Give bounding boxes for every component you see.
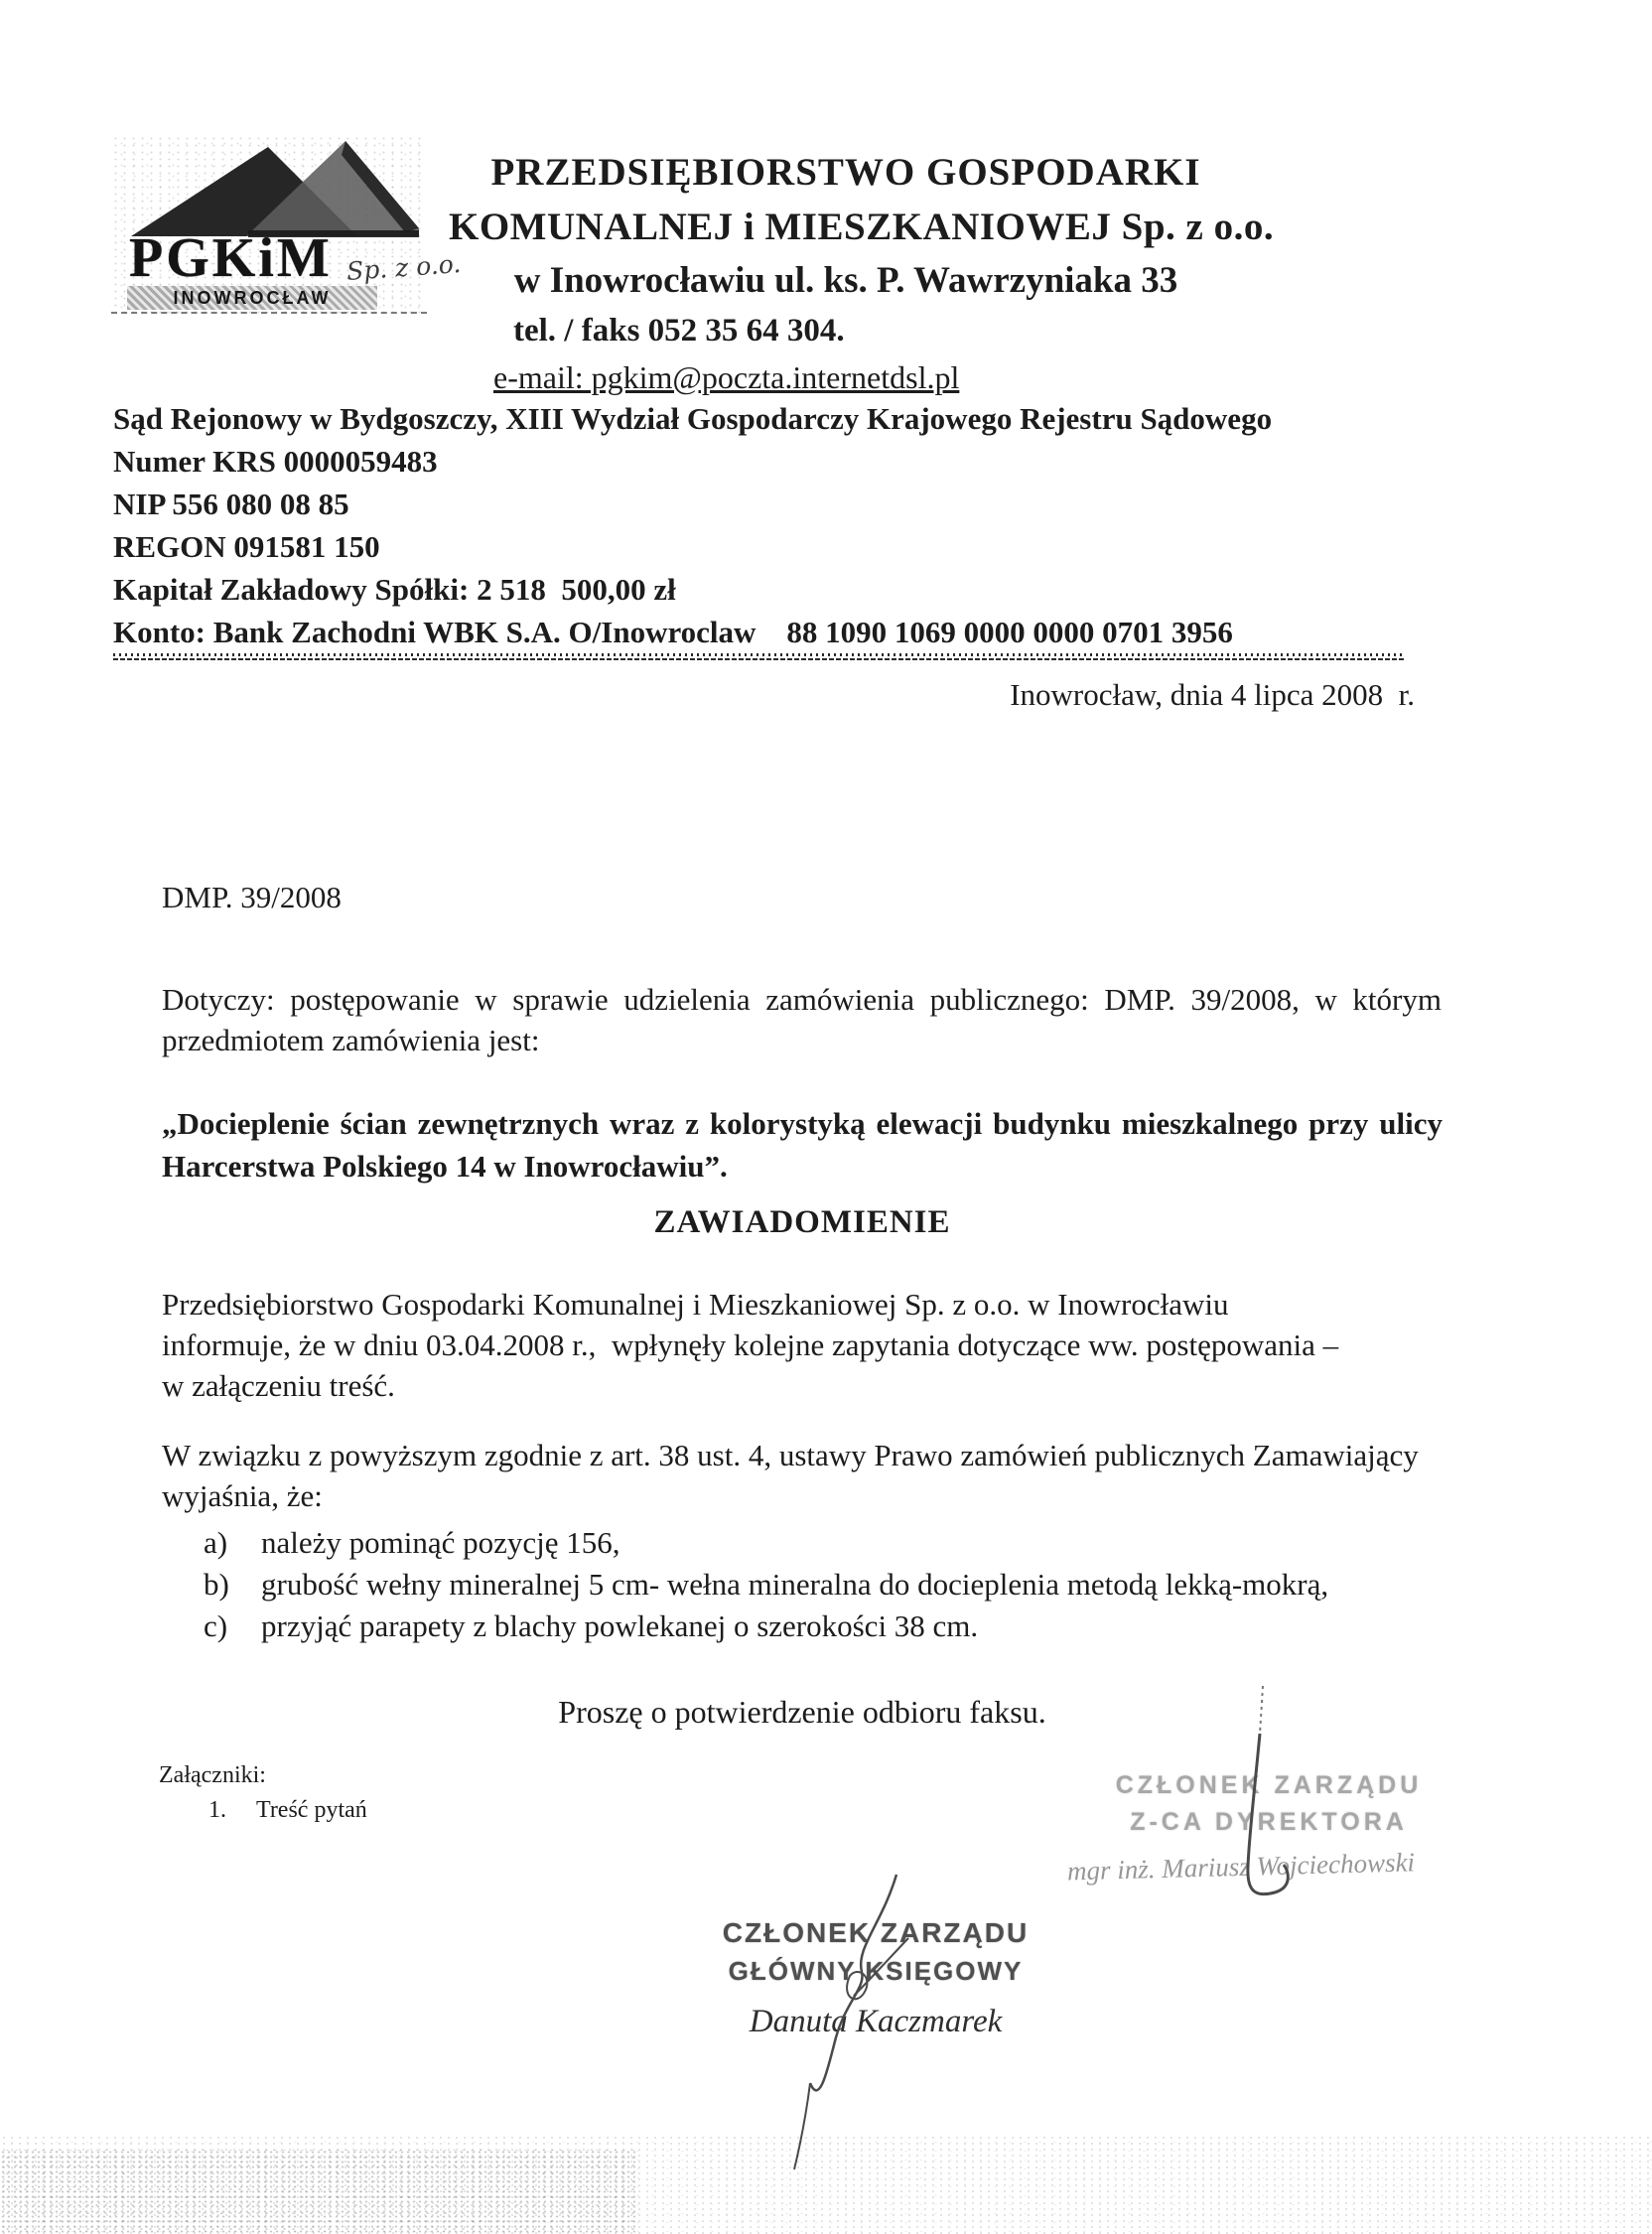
stamp-right-line1: CZŁONEK ZARZĄDU [1100, 1767, 1438, 1804]
notice-heading: ZAWIADOMIENIE [162, 1204, 1443, 1241]
stamp-left-line1: CZŁONEK ZARZĄDU [707, 1914, 1044, 1952]
logo-mountains-icon [119, 139, 419, 238]
place-and-date: Inowrocław, dnia 4 lipca 2008 r. [417, 677, 1415, 713]
list-item-a: a) należy pominąć pozycję 156, [204, 1522, 1474, 1564]
attachments-label: Załączniki: [159, 1759, 367, 1791]
company-email: e-mail: pgkim@poczta.internetdsl.pl [449, 354, 1243, 400]
list-marker-b: b) [204, 1564, 261, 1606]
logo-city-band: INOWROCŁAW [127, 286, 377, 310]
scan-noise-band-left [0, 2150, 635, 2234]
body-paragraph-2: W związku z powyższym zgodnie z art. 38 … [162, 1435, 1452, 1516]
company-registry-info: Sąd Rejonowy w Bydgoszczy, XIII Wydział … [113, 397, 1473, 653]
list-item-b: b) grubość wełny mineralnej 5 cm- wełna … [204, 1564, 1474, 1606]
attachment-item: 1.Treść pytań [159, 1794, 367, 1826]
reference-number: DMP. 39/2008 [162, 880, 342, 915]
stamp-chief-accountant: CZŁONEK ZARZĄDU GŁÓWNY KSIĘGOWY [707, 1914, 1044, 1990]
subject-intro: Dotyczy: postępowanie w sprawie udzielen… [162, 979, 1442, 1060]
clarification-list: a) należy pominąć pozycję 156, b) gruboś… [204, 1522, 1474, 1647]
stamp-left-line2: GŁÓWNY KSIĘGOWY [707, 1952, 1044, 1990]
separator-dots [113, 653, 1406, 656]
stamp-deputy-director: CZŁONEK ZARZĄDU Z-CA DYREKTORA [1100, 1767, 1438, 1841]
list-text-c: przyjąć parapety z blachy powlekanej o s… [261, 1606, 978, 1647]
letterhead: PRZEDSIĘBIORSTWO GOSPODARKI KOMUNALNEJ i… [449, 145, 1243, 400]
attachments-block: Załączniki: 1.Treść pytań [159, 1759, 367, 1826]
logo-acronym: PGKiM [129, 227, 333, 289]
logo-company-form: Sp. z o.o. [345, 249, 462, 286]
stamp-right-line2: Z-CA DYREKTORA [1100, 1804, 1438, 1841]
closing-request: Proszę o potwierdzenie odbioru faksu. [162, 1694, 1443, 1731]
company-phone: tel. / faks 052 35 64 304. [449, 307, 1243, 354]
signature-name-right: mgr inż. Mariusz Wojciechowski [1067, 1846, 1485, 1887]
separator-line [113, 658, 1406, 660]
list-item-c: c) przyjąć parapety z blachy powlekanej … [204, 1606, 1474, 1647]
company-address: w Inowrocławiu ul. ks. P. Wawrzyniaka 33 [449, 254, 1243, 307]
list-marker-c: c) [204, 1606, 261, 1647]
registry-bank-account: Konto: Bank Zachodni WBK S.A. O/Inowrocl… [113, 611, 1473, 653]
attachment-title: Treść pytań [256, 1797, 367, 1823]
company-name-line1: PRZEDSIĘBIORSTWO GOSPODARKI [449, 145, 1243, 200]
registry-court: Sąd Rejonowy w Bydgoszczy, XIII Wydział … [113, 397, 1473, 440]
attachment-number: 1. [208, 1797, 226, 1823]
dotted-separator [113, 653, 1406, 661]
registry-krs: Numer KRS 0000059483 [113, 440, 1473, 483]
company-logo: PGKiMSp. z o.o. INOWROCŁAW [111, 135, 427, 314]
scanned-fax-document: PGKiMSp. z o.o. INOWROCŁAW PRZEDSIĘBIORS… [0, 0, 1652, 2234]
list-marker-a: a) [204, 1522, 261, 1564]
registry-capital: Kapitał Zakładowy Spółki: 2 518 500,00 z… [113, 568, 1473, 611]
signature-name-left: Danuta Kaczmarek [707, 2004, 1044, 2040]
subject-title: „Docieplenie ścian zewnętrznych wraz z k… [162, 1102, 1443, 1187]
registry-nip: NIP 556 080 08 85 [113, 483, 1473, 525]
registry-regon: REGON 091581 150 [113, 525, 1473, 568]
list-text-a: należy pominąć pozycję 156, [261, 1522, 620, 1564]
body-paragraph-1: Przedsiębiorstwo Gospodarki Komunalnej i… [162, 1284, 1348, 1406]
company-name-line2: KOMUNALNEJ i MIESZKANIOWEJ Sp. z o.o. [449, 200, 1243, 254]
list-text-b: grubość wełny mineralnej 5 cm- wełna min… [261, 1564, 1328, 1606]
